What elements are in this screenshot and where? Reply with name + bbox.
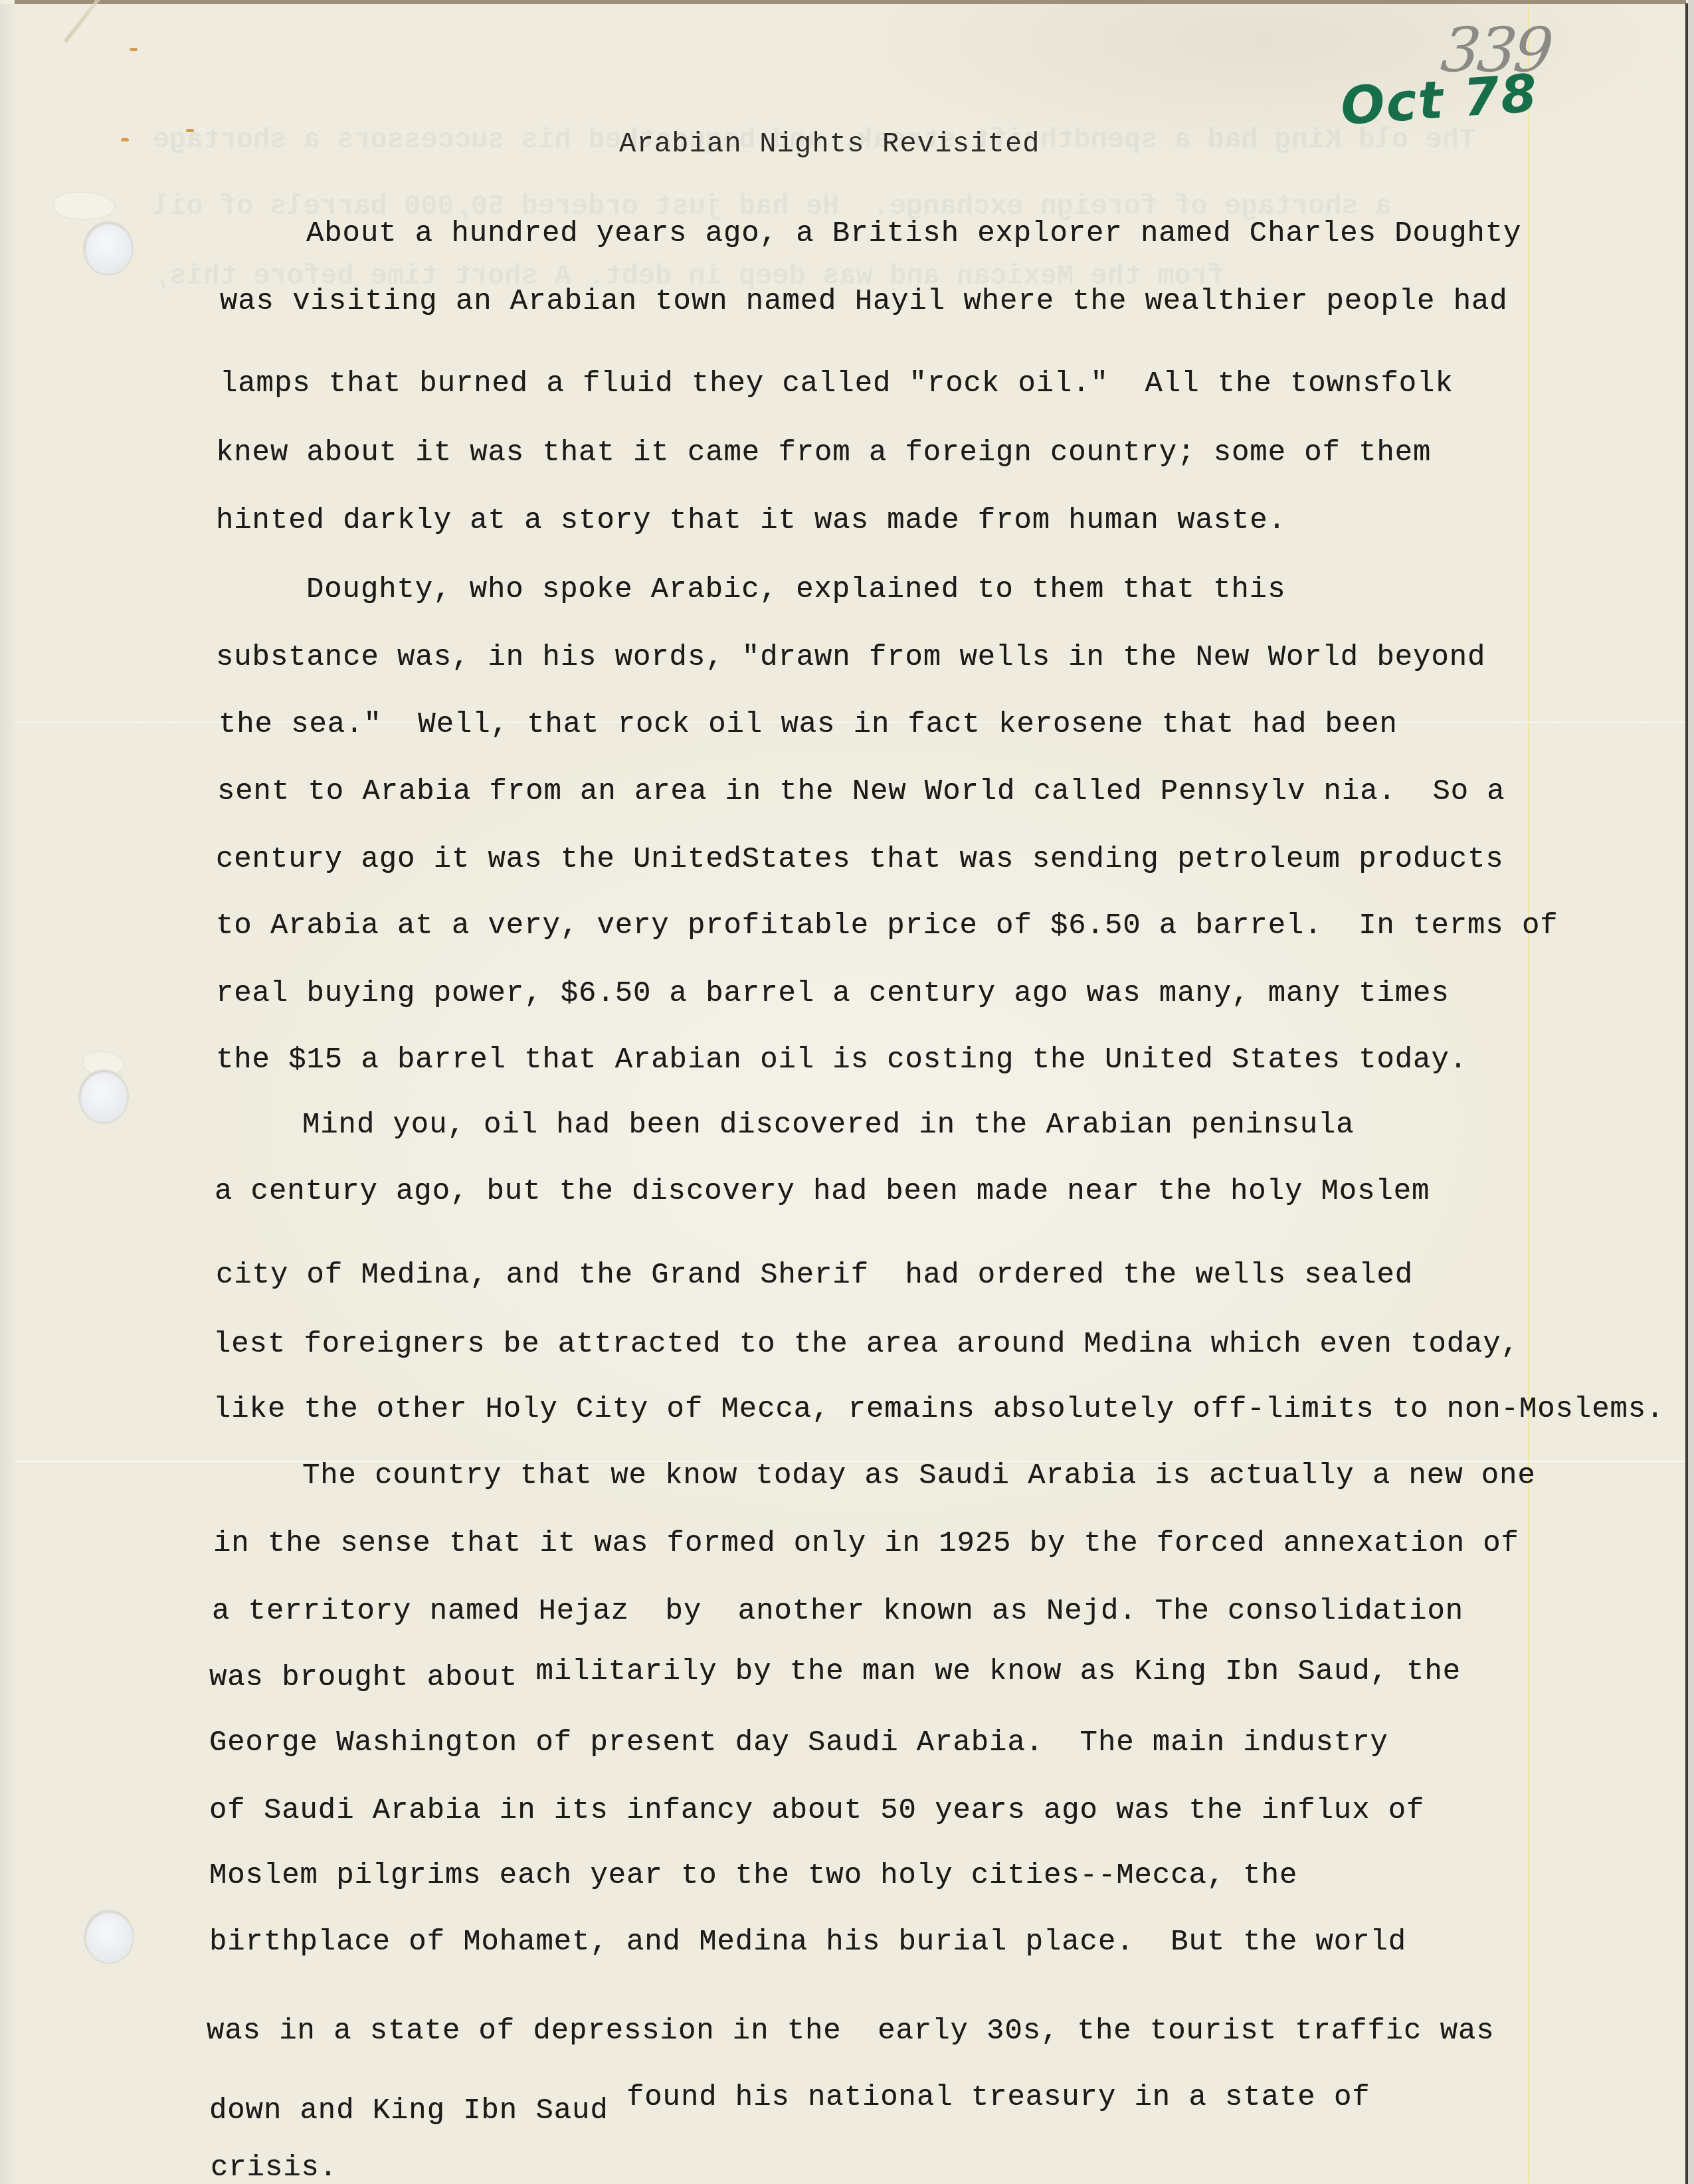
document-title: Arabian Nights Revisited bbox=[619, 130, 1040, 158]
body-line: real buying power, $6.50 a barrel a cent… bbox=[216, 979, 1450, 1008]
body-line: century ago it was the UnitedStates that… bbox=[216, 845, 1504, 874]
body-line: to Arabia at a very, very profitable pri… bbox=[216, 911, 1558, 941]
body-line: George Washington of present day Saudi A… bbox=[209, 1728, 1388, 1758]
body-line: knew about it was that it came from a fo… bbox=[216, 438, 1431, 468]
body-line: lest foreigners be attracted to the area… bbox=[213, 1330, 1519, 1359]
body-line: a territory named Hejaz by another known… bbox=[212, 1597, 1463, 1626]
body-line: down and King Ibn Saud found his nationa… bbox=[209, 2096, 1370, 2126]
torn-paper-fragment bbox=[54, 193, 114, 219]
body-line: hinted darkly at a story that it was mad… bbox=[216, 506, 1286, 535]
body-line: a century ago, but the discovery had bee… bbox=[215, 1177, 1430, 1206]
body-line: substance was, in his words, "drawn from… bbox=[216, 643, 1485, 672]
body-line: Moslem pilgrims each year to the two hol… bbox=[209, 1861, 1297, 1890]
handwritten-date: Oct 78 bbox=[1339, 68, 1540, 134]
body-line: in the sense that it was formed only in … bbox=[213, 1529, 1519, 1558]
punch-hole-icon bbox=[85, 1911, 133, 1963]
raised-typed-fragment: militarily by the man we know as King Ib… bbox=[536, 1655, 1461, 1688]
body-line: About a hundred years ago, a British exp… bbox=[306, 219, 1521, 248]
staple-mark-icon bbox=[64, 0, 120, 43]
body-line: birthplace of Mohamet, and Medina his bu… bbox=[209, 1928, 1406, 1957]
body-line: Mind you, oil had been discovered in the… bbox=[302, 1111, 1355, 1140]
body-line: sent to Arabia from an area in the New W… bbox=[217, 777, 1505, 806]
punch-hole-icon bbox=[84, 223, 132, 274]
body-line: The country that we know today as Saudi … bbox=[302, 1461, 1536, 1491]
body-line-start: was brought about bbox=[209, 1661, 518, 1694]
body-line: of Saudi Arabia in its infancy about 50 … bbox=[209, 1796, 1424, 1825]
yellow-margin-line bbox=[1528, 5, 1529, 2183]
body-line: like the other Holy City of Mecca, remai… bbox=[213, 1395, 1664, 1424]
scan-background-strip bbox=[1688, 0, 1694, 2184]
bleed-through-text: a shortage of foreign exchange. He had j… bbox=[153, 193, 1392, 221]
raised-typed-fragment: found his national treasury in a state o… bbox=[626, 2081, 1370, 2114]
body-line: was in a state of depression in the earl… bbox=[207, 2017, 1495, 2046]
body-line: Doughty, who spoke Arabic, explained to … bbox=[306, 575, 1285, 604]
rust-spot bbox=[130, 48, 138, 51]
body-line: crisis. bbox=[211, 2153, 337, 2183]
body-line: the $15 a barrel that Arabian oil is cos… bbox=[216, 1046, 1467, 1075]
body-line: city of Medina, and the Grand Sherif had… bbox=[216, 1261, 1413, 1290]
paper-left-margin bbox=[0, 4, 15, 2184]
body-line: was brought about militarily by the man … bbox=[209, 1663, 1461, 1692]
body-line: the sea." Well, that rock oil was in fac… bbox=[219, 710, 1398, 739]
body-line-start: down and King Ibn Saud bbox=[209, 2094, 609, 2128]
punch-hole-icon bbox=[80, 1071, 128, 1123]
paper-top-edge bbox=[15, 0, 1686, 4]
body-line: was visiting an Arabian town named Hayil… bbox=[220, 287, 1508, 316]
rust-spot bbox=[121, 138, 129, 141]
document-page: The old King had a spendthrift streak, a… bbox=[0, 0, 1694, 2184]
body-line: lamps that burned a fluid they called "r… bbox=[220, 369, 1454, 399]
